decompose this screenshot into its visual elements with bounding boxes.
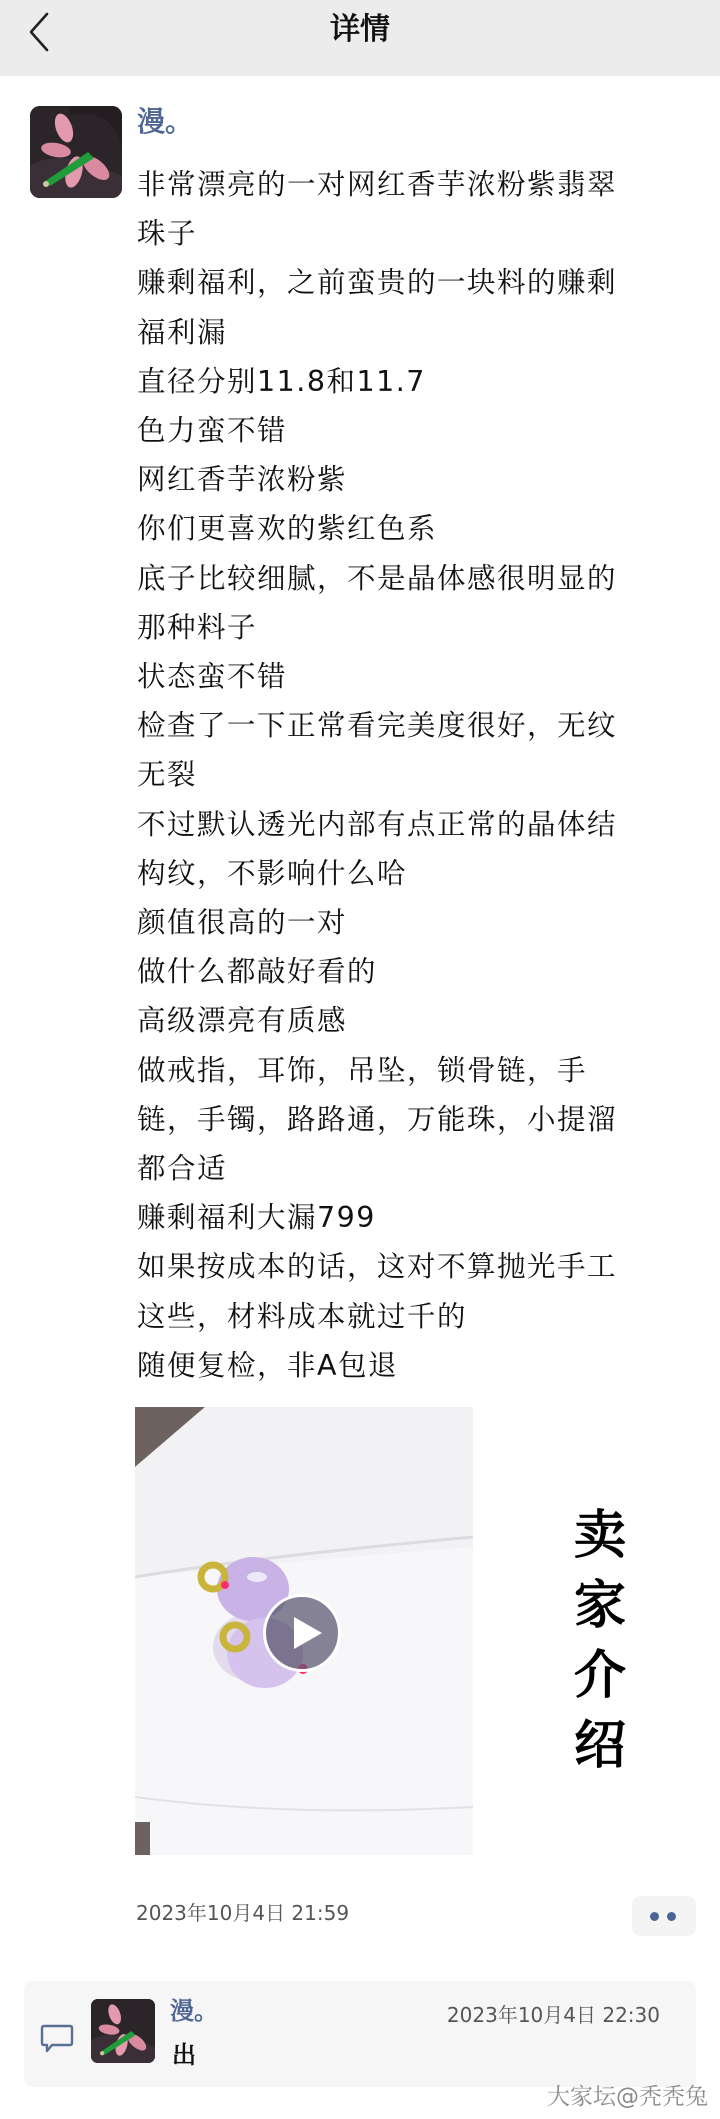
reply-avatar[interactable] <box>91 1999 155 2063</box>
content-line: 构纹，不影响什么哈 <box>137 849 697 898</box>
content-line: 那种料子 <box>137 603 697 652</box>
content-line: 无裂 <box>137 750 697 799</box>
content-line: 直径分别11.8和11.7 <box>137 357 697 406</box>
seller-intro-caption: 卖 家 介 绍 <box>570 1501 630 1781</box>
watermark: 大家坛@秃秃兔 <box>547 2082 708 2112</box>
author-name[interactable]: 漫。 <box>137 104 193 140</box>
top-bar: 详情 <box>0 0 720 76</box>
avatar[interactable] <box>30 106 122 198</box>
caption-char: 家 <box>570 1571 630 1641</box>
content-line: 随便复检，非A包退 <box>137 1341 697 1390</box>
dragonfly-avatar-image <box>91 1999 155 2063</box>
play-button[interactable] <box>263 1594 341 1672</box>
content-line: 你们更喜欢的紫红色系 <box>137 504 697 553</box>
page-title: 详情 <box>0 8 720 52</box>
content-line: 不过默认透光内部有点正常的晶体结 <box>137 800 697 849</box>
reply-card[interactable]: 漫。 出 2023年10月4日 22:30 <box>24 1981 696 2087</box>
dragonfly-avatar-image <box>30 106 122 198</box>
content-line: 高级漂亮有质感 <box>137 996 697 1045</box>
content-line: 非常漂亮的一对网红香芋浓粉紫翡翠 <box>137 160 697 209</box>
content-line: 检查了一下正常看完美度很好，无纹 <box>137 701 697 750</box>
more-button[interactable] <box>632 1896 696 1936</box>
content-line: 色力蛮不错 <box>137 406 697 455</box>
more-dots-icon <box>650 1912 659 1921</box>
content-line: 底子比较细腻，不是晶体感很明显的 <box>137 554 697 603</box>
caption-char: 卖 <box>570 1501 630 1571</box>
reply-timestamp: 2023年10月4日 22:30 <box>447 2001 660 2029</box>
comment-icon <box>40 2021 74 2055</box>
reply-text: 出 <box>172 2039 196 2071</box>
content-line: 做戒指，耳饰，吊坠，锁骨链，手 <box>137 1046 697 1095</box>
caption-char: 介 <box>570 1641 630 1711</box>
caption-char: 绍 <box>570 1711 630 1781</box>
content-line: 赚剩福利，之前蛮贵的一块料的赚剩 <box>137 258 697 307</box>
content-line: 福利漏 <box>137 308 697 357</box>
content-line: 珠子 <box>137 209 697 258</box>
content-line: 链，手镯，路路通，万能珠，小提溜 <box>137 1095 697 1144</box>
content-line: 如果按成本的话，这对不算抛光手工 <box>137 1242 697 1291</box>
video-thumbnail[interactable] <box>135 1407 473 1855</box>
content-line: 赚剩福利大漏799 <box>137 1193 697 1242</box>
content-line: 网红香芋浓粉紫 <box>137 455 697 504</box>
content-line: 都合适 <box>137 1144 697 1193</box>
content-line: 这些，材料成本就过千的 <box>137 1292 697 1341</box>
content-line: 颜值很高的一对 <box>137 898 697 947</box>
reply-author-name[interactable]: 漫。 <box>170 1995 218 2027</box>
content-line: 做什么都敲好看的 <box>137 947 697 996</box>
post-timestamp: 2023年10月4日 21:59 <box>136 1896 349 1930</box>
more-dots-icon <box>667 1912 676 1921</box>
content-line: 状态蛮不错 <box>137 652 697 701</box>
post-content: 非常漂亮的一对网红香芋浓粉紫翡翠 珠子 赚剩福利，之前蛮贵的一块料的赚剩 福利漏… <box>137 160 697 1390</box>
